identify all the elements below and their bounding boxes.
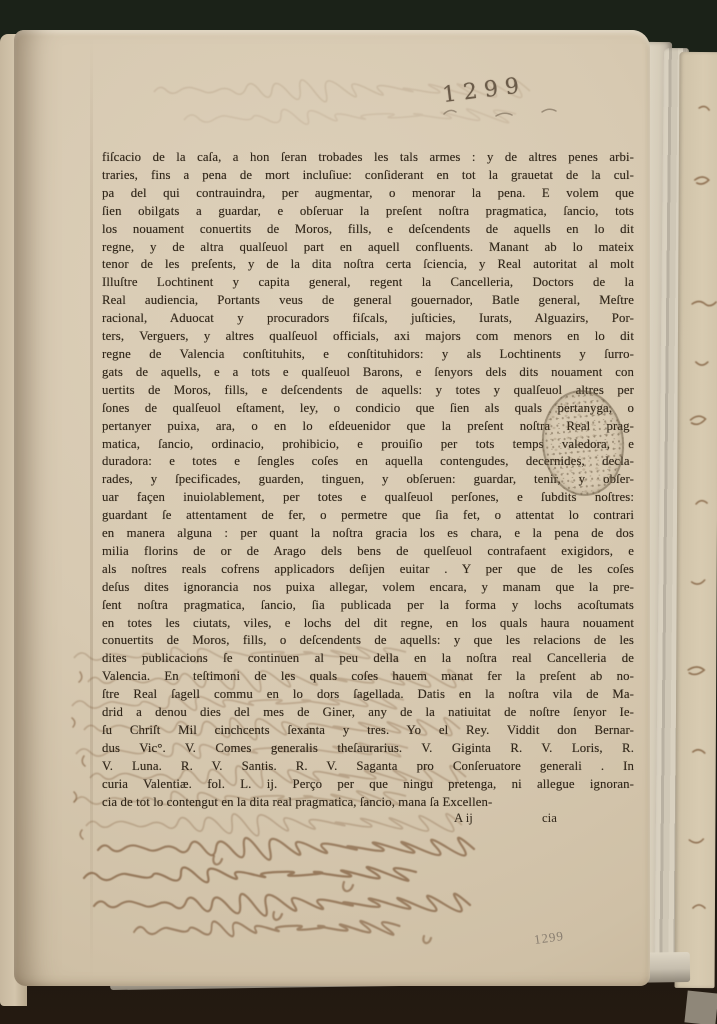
- signature-mark: A ij: [454, 811, 473, 826]
- printed-line: cia de tot lo contengut en la dita real …: [102, 794, 634, 812]
- printed-line: ters, Verguers, y altres qualſeuol offic…: [102, 328, 634, 346]
- printed-line: en totes les ciutats, viles, e lochs del…: [102, 615, 634, 633]
- document-page: 1299 fiſcacio de la caſa, a hon ſeran tr…: [14, 30, 650, 986]
- printed-line: conuertits de Moros, fills, o deſcendent…: [102, 632, 634, 650]
- printed-line: pa del qui contrauindra, per augmentar, …: [102, 185, 634, 203]
- printed-line: dites publicacions ſe continuen al peu d…: [102, 650, 634, 668]
- photo-background: 1299 fiſcacio de la caſa, a hon ſeran tr…: [0, 0, 717, 1024]
- printed-line: Real audiencia, Portants veus de general…: [102, 292, 634, 310]
- printed-line: als noſtres reals cofrens applicadors de…: [102, 561, 634, 579]
- printed-line: uar façen inuiolablement, per totes e qu…: [102, 489, 634, 507]
- next-page-edge: [675, 52, 717, 988]
- printed-line: deſus dites ignorancia nos puixa allegar…: [102, 579, 634, 597]
- catchword: cia: [542, 811, 557, 826]
- printed-line: guardant ſe attentament de fer, o permet…: [102, 507, 634, 525]
- signature-row: A ij cia: [102, 811, 634, 829]
- printed-line: curia Valentiæ. fol. L. ij. Perço per qu…: [102, 776, 634, 794]
- printed-line: uertits de Moros, fills, e deſcendents d…: [102, 382, 634, 400]
- printed-line: tenor de les preſents, y de la dita noſt…: [102, 256, 634, 274]
- printed-line: racional, Aduocat y procuradors fiſcals,…: [102, 310, 634, 328]
- printed-line: ſu Chriſt Mil cinchcents ſexanta y tres.…: [102, 722, 634, 740]
- printed-line: ſent noſtra pragmatica, ſancio, ſia publ…: [102, 597, 634, 615]
- printed-line: dus Vic°. V. Comes generalis theſaurariu…: [102, 740, 634, 758]
- printed-line: ſtre Real ſagell commu en lo dors ſagell…: [102, 686, 634, 704]
- printed-line: drid a denou dies del mes de Giner, any …: [102, 704, 634, 722]
- printed-line: traries, fins a pena de mort incluſiue: …: [102, 167, 634, 185]
- printed-line: V. Luna. R. V. Santis. R. V. Saganta pro…: [102, 758, 634, 776]
- printed-line: los nouament conuertits de Moros, fills,…: [102, 221, 634, 239]
- marginalia-ink-marks: [675, 52, 717, 988]
- printed-line: en manera alguna : per quant la noſtra g…: [102, 525, 634, 543]
- printed-line: fiſcacio de la caſa, a hon ſeran trobade…: [102, 149, 634, 167]
- printed-line: Illuſtre Lochtinent y capita general, re…: [102, 274, 634, 292]
- folio-underline-flourish: [438, 104, 578, 124]
- printed-line: ſien obilgats a guardar, e obſeruar la p…: [102, 203, 634, 221]
- printed-line: regne de Valencia conſtituhits, e conſti…: [102, 346, 634, 364]
- printed-line: gats de aquells, e a tots e qualſeuol Ba…: [102, 364, 634, 382]
- table-corner: [684, 990, 717, 1024]
- printed-line: Valencia. En teſtimoni de les quals coſe…: [102, 668, 634, 686]
- printed-line: regne, y de altra qualſeuol part en aque…: [102, 239, 634, 257]
- printed-line: milia florins de or de Arago dels bens d…: [102, 543, 634, 561]
